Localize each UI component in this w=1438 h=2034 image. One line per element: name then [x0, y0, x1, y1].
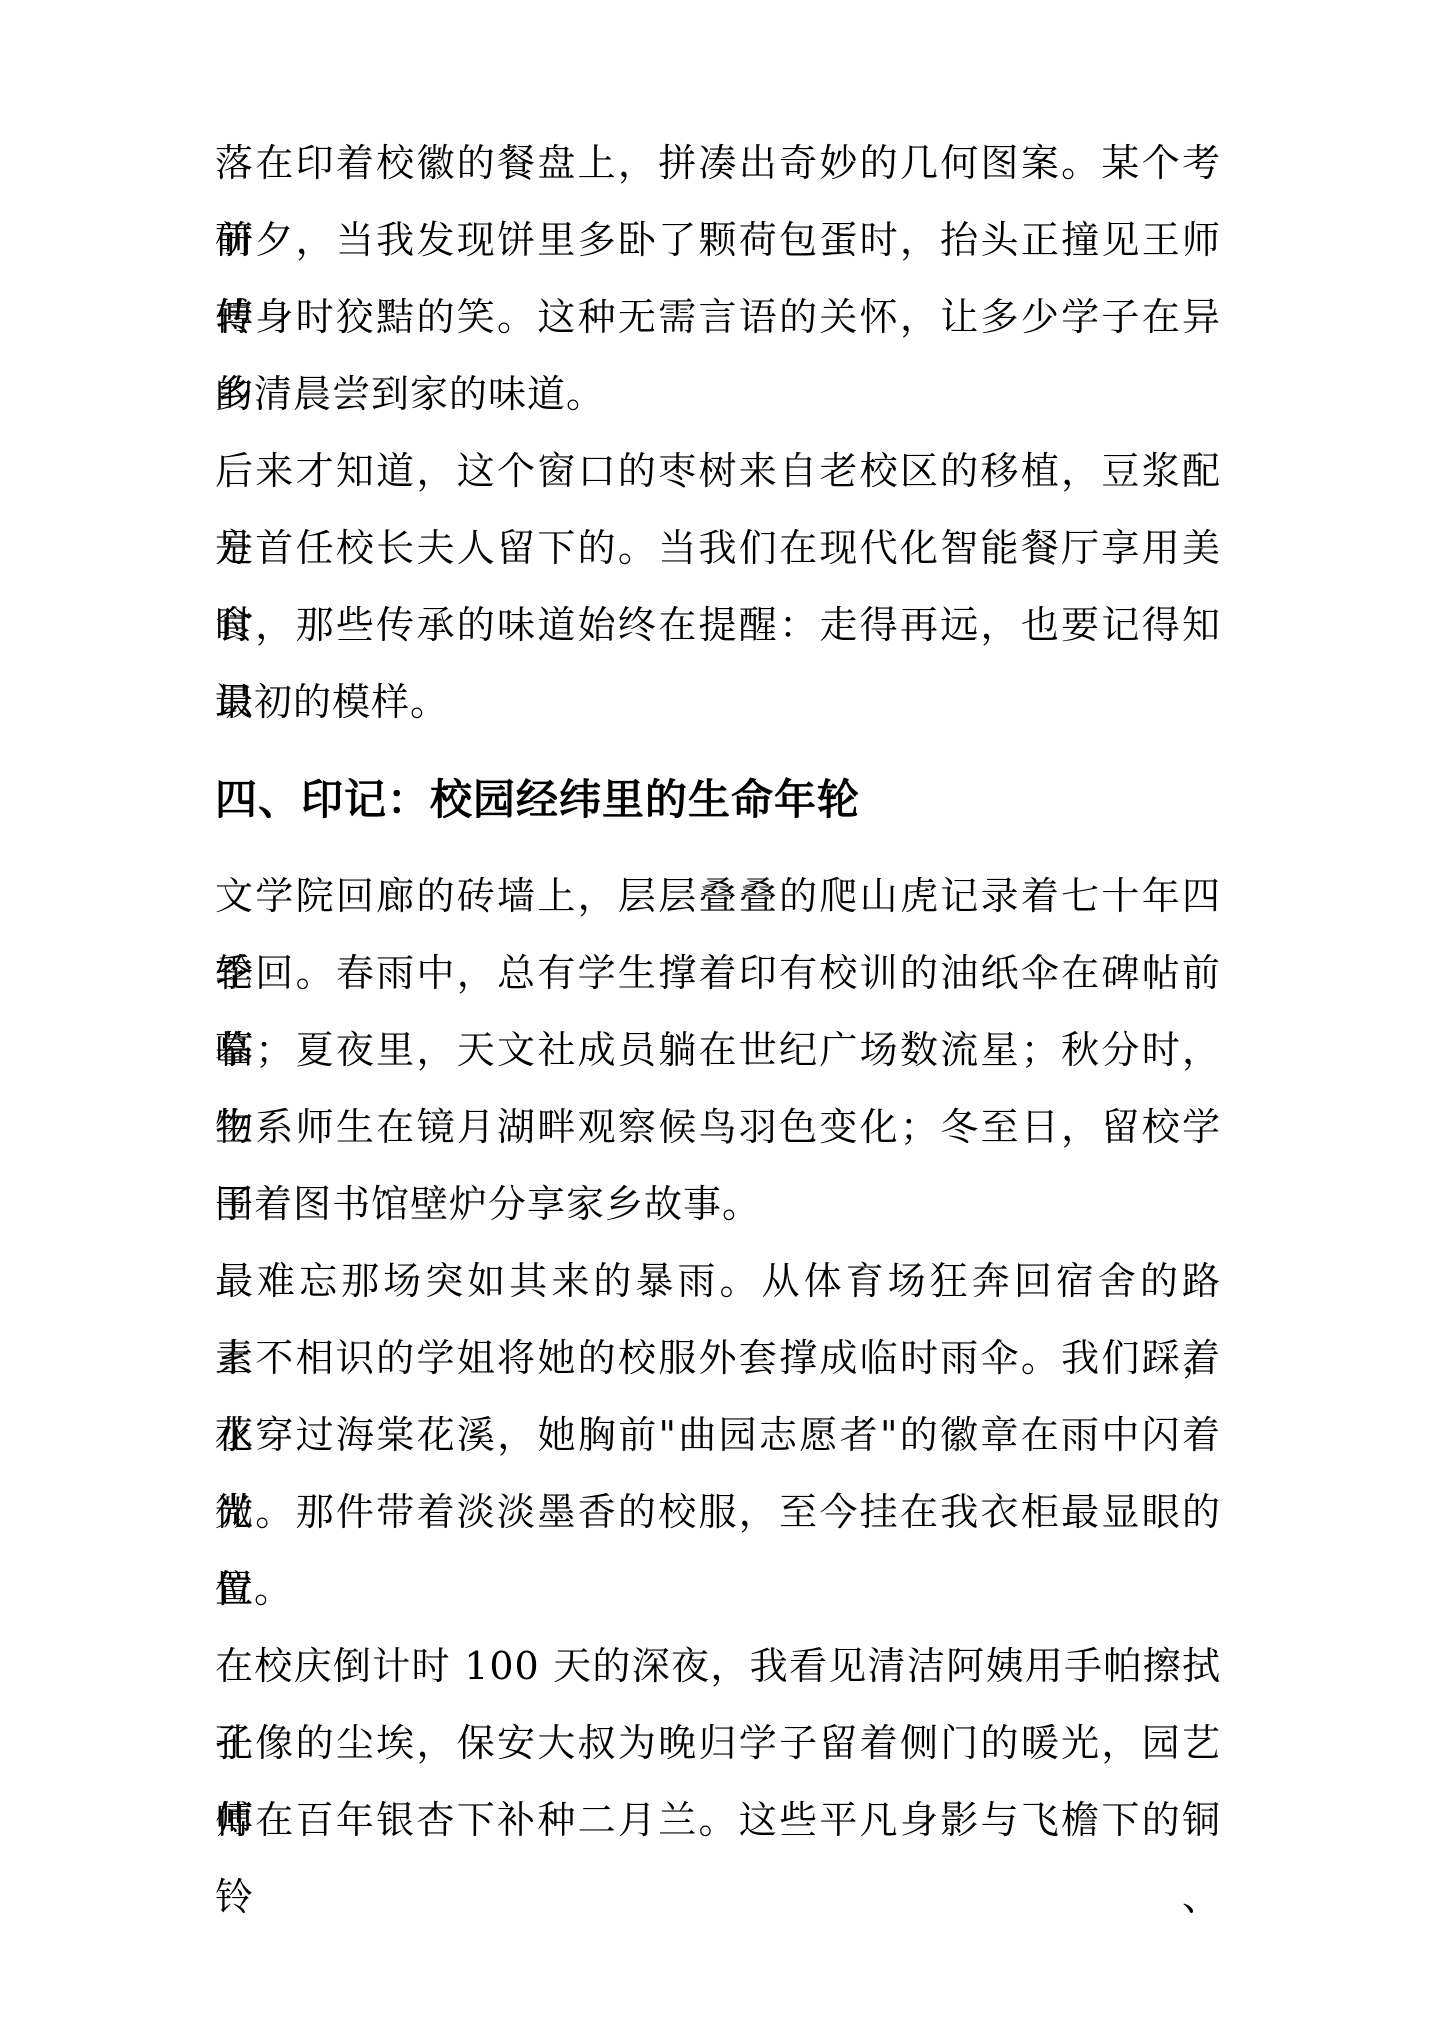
paragraph-line: 最初的模样。 — [215, 664, 1221, 741]
paragraph-line: 后来才知道，这个窗口的枣树来自老校区的移植，豆浆配方 — [215, 433, 1221, 510]
document-page: 落在印着校徽的餐盘上，拼凑出奇妙的几何图案。某个考研 前夕，当我发现饼里多卧了颗… — [0, 0, 1438, 2034]
paragraph-line: 的清晨尝到家的味道。 — [215, 356, 1221, 433]
paragraph-line: 最难忘那场突如其来的暴雨。从体育场狂奔回宿舍的路上， — [215, 1243, 1221, 1320]
paragraph-line: 围着图书馆壁炉分享家乡故事。 — [215, 1166, 1221, 1243]
paragraph-line: 置。 — [215, 1551, 1221, 1628]
paragraph-line: 是首任校长夫人留下的。当我们在现代化智能餐厅享用美食 — [215, 510, 1221, 587]
paragraph-line: 物系师生在镜月湖畔观察候鸟羽色变化；冬至日，留校学子 — [215, 1089, 1221, 1166]
paragraph-line: 傅在百年银杏下补种二月兰。这些平凡身影与飞檐下的铜铃、 — [215, 1782, 1221, 1859]
paragraph-line: 前夕，当我发现饼里多卧了颗荷包蛋时，抬头正撞见王师傅 — [215, 202, 1221, 279]
paragraph-line: 转身时狡黠的笑。这种无需言语的关怀，让多少学子在异乡 — [215, 279, 1221, 356]
paragraph-line: 文学院回廊的砖墙上，层层叠叠的爬山虎记录着七十年四季 — [215, 858, 1221, 935]
paragraph-line: 花穿过海棠花溪，她胸前"曲园志愿者"的徽章在雨中闪着微 — [215, 1397, 1221, 1474]
paragraph-line: 素不相识的学姐将她的校服外套撑成临时雨伞。我们踩着水 — [215, 1320, 1221, 1397]
paragraph-line: 时，那些传承的味道始终在提醒：走得再远，也要记得知识 — [215, 587, 1221, 664]
paragraph-line: 落在印着校徽的餐盘上，拼凑出奇妙的几何图案。某个考研 — [215, 125, 1221, 202]
paragraph-line: 子像的尘埃，保安大叔为晚归学子留着侧门的暖光，园艺师 — [215, 1705, 1221, 1782]
document-content: 落在印着校徽的餐盘上，拼凑出奇妙的几何图案。某个考研 前夕，当我发现饼里多卧了颗… — [215, 125, 1221, 1859]
paragraph-line: 在校庆倒计时 100 天的深夜，我看见清洁阿姨用手帕擦拭孔 — [215, 1628, 1221, 1705]
section-heading: 四、印记：校园经纬里的生命年轮 — [215, 741, 1221, 858]
paragraph-line: 光。那件带着淡淡墨香的校服，至今挂在我衣柜最显眼的位 — [215, 1474, 1221, 1551]
paragraph-line: 轮回。春雨中，总有学生撑着印有校训的油纸伞在碑帖前临 — [215, 935, 1221, 1012]
paragraph-line: 摹；夏夜里，天文社成员躺在世纪广场数流星；秋分时，生 — [215, 1012, 1221, 1089]
